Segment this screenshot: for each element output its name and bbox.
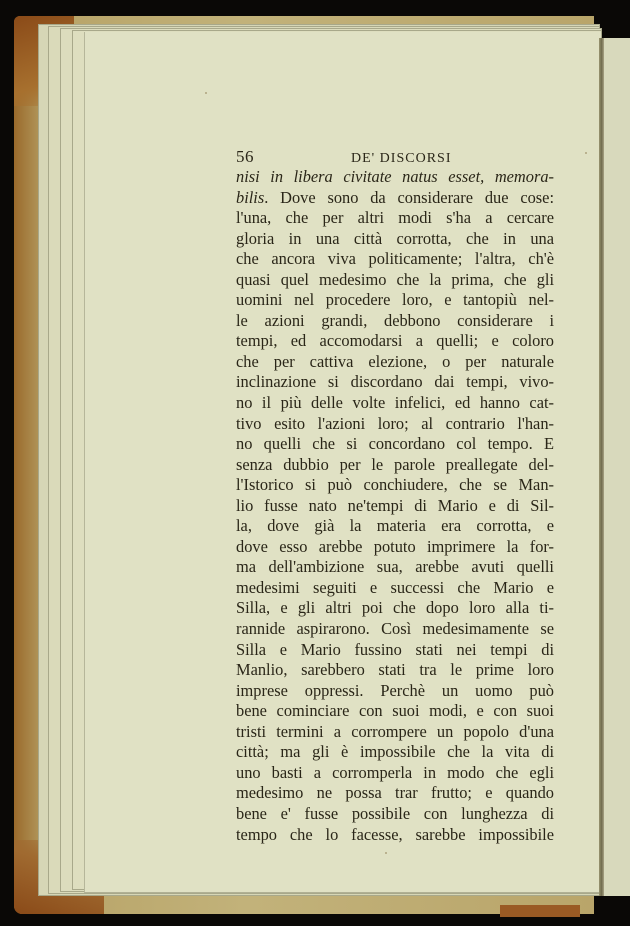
text-line: no quelli che si concordano col tempo. E — [236, 434, 554, 455]
text-line: tristi termini a corrompere un popolo d'… — [236, 722, 554, 743]
facing-page-edge — [604, 38, 630, 896]
leather-corner-bottom-right — [500, 905, 580, 917]
text-line: senza dubbio per le parole preallegate d… — [236, 455, 554, 476]
running-head: 56 DE' DISCORSI — [236, 147, 554, 167]
text-line: ma dell'ambizione sua, arebbe avuti quel… — [236, 557, 554, 578]
text-line: bene cominciare con suoi modi, e con suo… — [236, 701, 554, 722]
text-line: tivo esito l'azioni loro; al contrario l… — [236, 414, 554, 435]
text-line: uomini nel procedere loro, e tantopiù ne… — [236, 290, 554, 311]
text-line: bene e' fusse possibile con lunghezza di — [236, 804, 554, 825]
text-line: no il più delle volte infelici, ed hanno… — [236, 393, 554, 414]
paper-speck — [585, 152, 587, 154]
page-text-block: 56 DE' DISCORSI nisi in libera civitate … — [236, 147, 554, 845]
italic-word: bilis — [236, 188, 264, 207]
text-line: tempi, ed accomodarsi a quelli; e coloro — [236, 331, 554, 352]
page-number: 56 — [236, 147, 351, 168]
text-line-rest: . Dove sono da considerare due cose: — [264, 188, 554, 207]
text-line: medesimo ne possa trar frutto; e quando — [236, 783, 554, 804]
text-line: l'una, che per altri modi s'ha a cercare — [236, 208, 554, 229]
text-line: Silla, e gli altri poi che dopo loro all… — [236, 598, 554, 619]
text-line: dove esso arebbe potuto imprimere la for… — [236, 537, 554, 558]
text-line: città; ma gli è impossibile che la vita … — [236, 742, 554, 763]
text-line: nisi in libera civitate natus esset, mem… — [236, 167, 554, 188]
text-line: tempo che lo facesse, sarebbe impossibil… — [236, 825, 554, 846]
text-line: che ancora viva politicamente; l'altra, … — [236, 249, 554, 270]
text-line: bilis. Dove sono da considerare due cose… — [236, 188, 554, 209]
text-line: la, dove già la materia era corrotta, e — [236, 516, 554, 537]
text-line: gloria in una città corrotta, che in una — [236, 229, 554, 250]
paper-speck — [385, 852, 387, 854]
paper-speck — [205, 92, 207, 94]
text-line: imprese oppressi. Perchè un uomo può — [236, 681, 554, 702]
text-line: le azioni grandi, debbono considerare i — [236, 311, 554, 332]
text-line: l'Istorico si può conchiudere, che se Ma… — [236, 475, 554, 496]
text-line: medesimi seguiti e successi che Mario e — [236, 578, 554, 599]
text-line: rannide aspirarono. Così medesimamente s… — [236, 619, 554, 640]
text-line: che per cattiva elezione, o per naturale — [236, 352, 554, 373]
text-line: Manlio, sarebbero stati tra le prime lor… — [236, 660, 554, 681]
text-line: Silla e Mario fussino stati nei tempi di — [236, 640, 554, 661]
text-line: inclinazione si discordano dai tempi, vi… — [236, 372, 554, 393]
text-line: lio fusse nato ne'tempi di Mario e di Si… — [236, 496, 554, 517]
text-line: quasi quel medesimo che la prima, che gl… — [236, 270, 554, 291]
text-line: uno basti a corromperla in modo che egli — [236, 763, 554, 784]
